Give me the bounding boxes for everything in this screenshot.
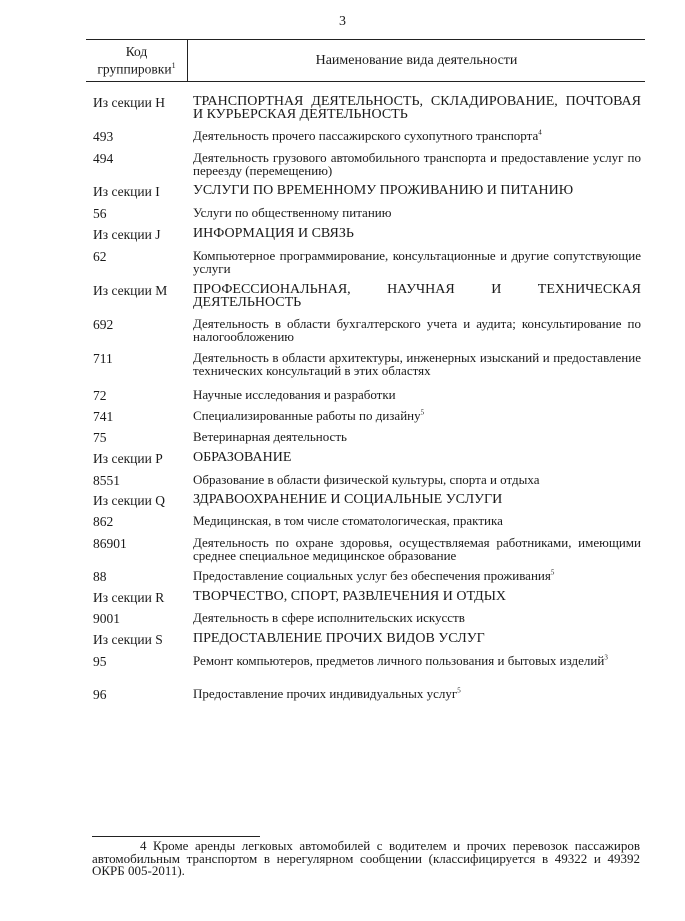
section-row: Из секции RТВОРЧЕСТВО, СПОРТ, РАЗВЛЕЧЕНИ…	[93, 591, 641, 604]
row-name: Компьютерное программирование, консульта…	[193, 250, 641, 275]
section-row: Из секции IУСЛУГИ ПО ВРЕМЕННОМУ ПРОЖИВАН…	[93, 185, 641, 198]
footnote-ref: 5	[551, 569, 555, 577]
page-number: 3	[0, 14, 685, 30]
table-row: 75Ветеринарная деятельность	[93, 431, 641, 444]
table-row: 493Деятельность прочего пассажирского су…	[93, 130, 641, 143]
row-name: Деятельность в области архитектуры, инже…	[193, 352, 641, 377]
row-name: ТРАНСПОРТНАЯ ДЕЯТЕЛЬНОСТЬ, СКЛАДИРОВАНИЕ…	[193, 96, 641, 121]
row-name: Образование в области физической культур…	[193, 474, 641, 487]
section-row: Из секции HТРАНСПОРТНАЯ ДЕЯТЕЛЬНОСТЬ, СК…	[93, 96, 641, 121]
row-name: ЗДРАВООХРАНЕНИЕ И СОЦИАЛЬНЫЕ УСЛУГИ	[193, 494, 641, 507]
table-row: 88Предоставление социальных услуг без об…	[93, 570, 641, 583]
row-code: 56	[93, 207, 193, 220]
table-row: 494Деятельность грузового автомобильного…	[93, 152, 641, 177]
table-row: 741Специализированные работы по дизайну5	[93, 410, 641, 423]
row-code: 692	[93, 318, 193, 343]
table-row: 95Ремонт компьютеров, предметов личного …	[93, 655, 641, 668]
row-code: Из секции M	[93, 284, 193, 309]
row-code: 62	[93, 250, 193, 275]
table-row: 86901Деятельность по охране здоровья, ос…	[93, 537, 641, 562]
section-row: Из секции MПРОФЕССИОНАЛЬНАЯ, НАУЧНАЯ И Т…	[93, 284, 641, 309]
footnote-separator	[92, 836, 260, 837]
footnote-ref: 5	[421, 409, 425, 417]
row-code: 88	[93, 570, 193, 583]
row-name: Услуги по общественному питанию	[193, 207, 641, 220]
row-code: Из секции S	[93, 633, 193, 646]
row-code: Из секции I	[93, 185, 193, 198]
footnote-ref: 1	[172, 61, 176, 70]
row-code: 862	[93, 515, 193, 528]
row-name: УСЛУГИ ПО ВРЕМЕННОМУ ПРОЖИВАНИЮ И ПИТАНИ…	[193, 185, 641, 198]
row-code: 741	[93, 410, 193, 423]
row-name: Деятельность грузового автомобильного тр…	[193, 152, 641, 177]
row-name: Деятельность по охране здоровья, осущест…	[193, 537, 641, 562]
row-name: ТВОРЧЕСТВО, СПОРТ, РАЗВЛЕЧЕНИЯ И ОТДЫХ	[193, 591, 641, 604]
row-name: ИНФОРМАЦИЯ И СВЯЗЬ	[193, 228, 641, 241]
table-row: 862Медицинская, в том числе стоматологич…	[93, 515, 641, 528]
row-name: Ветеринарная деятельность	[193, 431, 641, 444]
footnote-ref: 5	[457, 687, 461, 695]
table-row: 56Услуги по общественному питанию	[93, 207, 641, 220]
row-code: 75	[93, 431, 193, 444]
row-code: Из секции J	[93, 228, 193, 241]
row-code: Из секции P	[93, 452, 193, 465]
row-name: ПРЕДОСТАВЛЕНИЕ ПРОЧИХ ВИДОВ УСЛУГ	[193, 633, 641, 646]
row-code: 86901	[93, 537, 193, 562]
section-row: Из секции JИНФОРМАЦИЯ И СВЯЗЬ	[93, 228, 641, 241]
row-code: 493	[93, 130, 193, 143]
row-name: Предоставление социальных услуг без обес…	[193, 570, 641, 583]
row-name: Научные исследования и разработки	[193, 389, 641, 402]
row-name: Деятельность в области бухгалтерского уч…	[193, 318, 641, 343]
row-name: Деятельность в сфере исполнительских иск…	[193, 612, 641, 625]
row-name: Ремонт компьютеров, предметов личного по…	[193, 655, 641, 668]
footnote: 4 Кроме аренды легковых автомобилей с во…	[92, 840, 640, 878]
row-code: 72	[93, 389, 193, 402]
row-name: Предоставление прочих индивидуальных усл…	[193, 688, 641, 701]
row-name: Деятельность прочего пассажирского сухоп…	[193, 130, 641, 143]
column-header-code: Код группировки1	[86, 40, 188, 81]
table-row: 692Деятельность в области бухгалтерского…	[93, 318, 641, 343]
row-code: 9001	[93, 612, 193, 625]
table-row: 8551Образование в области физической кул…	[93, 474, 641, 487]
row-name: ОБРАЗОВАНИЕ	[193, 452, 641, 465]
footnote-text: Кроме аренды легковых автомобилей с води…	[92, 838, 640, 878]
row-code: Из секции H	[93, 96, 193, 121]
row-code: 8551	[93, 474, 193, 487]
table-row: 96Предоставление прочих индивидуальных у…	[93, 688, 641, 701]
table-row: 711Деятельность в области архитектуры, и…	[93, 352, 641, 377]
footnote-ref: 3	[604, 654, 608, 662]
section-row: Из секции QЗДРАВООХРАНЕНИЕ И СОЦИАЛЬНЫЕ …	[93, 494, 641, 507]
table-row: 72Научные исследования и разработки	[93, 389, 641, 402]
row-code: 711	[93, 352, 193, 377]
row-name: ПРОФЕССИОНАЛЬНАЯ, НАУЧНАЯ И ТЕХНИЧЕСКАЯ …	[193, 284, 641, 309]
table-row: 62Компьютерное программирование, консуль…	[93, 250, 641, 275]
row-code: 96	[93, 688, 193, 701]
row-name: Медицинская, в том числе стоматологическ…	[193, 515, 641, 528]
row-code: Из секции Q	[93, 494, 193, 507]
row-code: 95	[93, 655, 193, 668]
table-header: Код группировки1 Наименование вида деяте…	[86, 39, 645, 82]
footnote-ref: 4	[538, 129, 542, 137]
section-row: Из секции PОБРАЗОВАНИЕ	[93, 452, 641, 465]
row-code: Из секции R	[93, 591, 193, 604]
row-name: Специализированные работы по дизайну5	[193, 410, 641, 423]
table-row: 9001Деятельность в сфере исполнительских…	[93, 612, 641, 625]
section-row: Из секции SПРЕДОСТАВЛЕНИЕ ПРОЧИХ ВИДОВ У…	[93, 633, 641, 646]
column-header-name: Наименование вида деятельности	[188, 40, 645, 81]
row-code: 494	[93, 152, 193, 177]
column-header-code-label: Код группировки	[97, 44, 171, 77]
